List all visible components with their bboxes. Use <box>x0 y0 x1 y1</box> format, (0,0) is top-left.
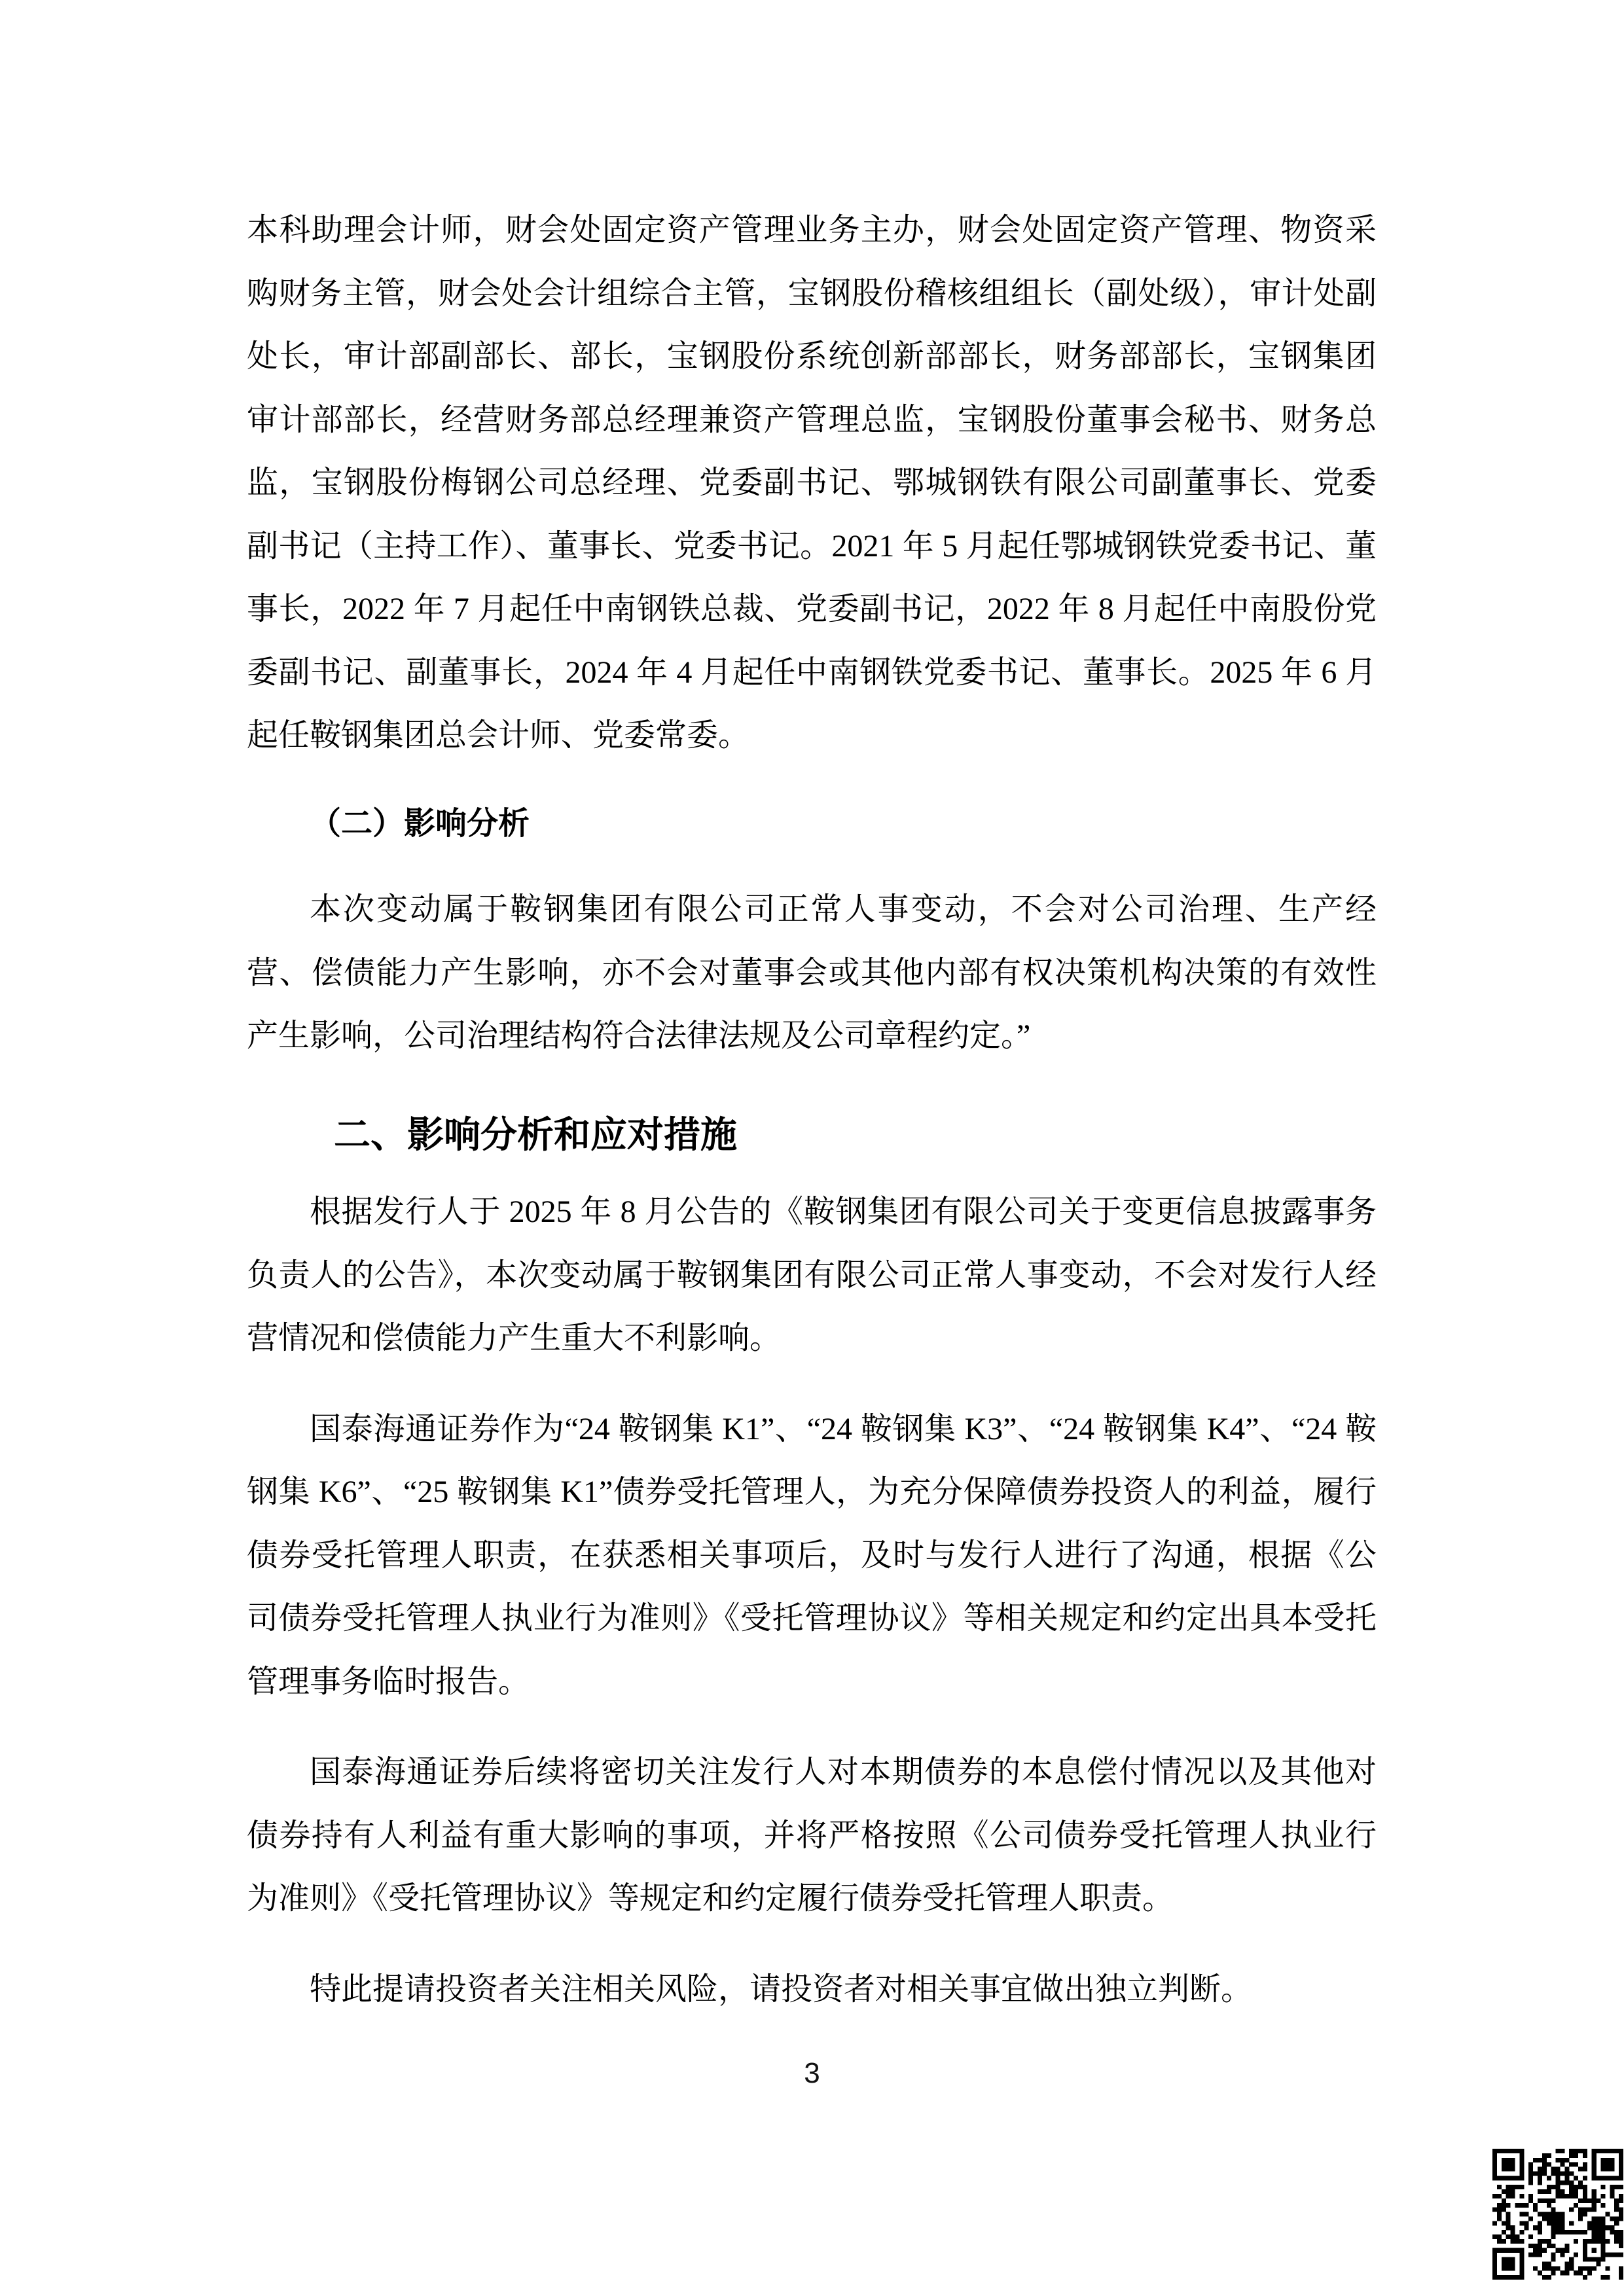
qr-code-image <box>1492 2149 1623 2280</box>
document-page: 本科助理会计师，财会处固定资产管理业务主办，财会处固定资产管理、物资采购财务主管… <box>0 0 1624 2296</box>
paragraph-announcement-basis: 根据发行人于 2025 年 8 月公告的《鞍钢集团有限公司关于变更信息披露事务负… <box>247 1181 1377 1371</box>
paragraph-investor-notice: 特此提请投资者关注相关风险，请投资者对相关事宜做出独立判断。 <box>247 1958 1377 2022</box>
heading-section-two: 二、影响分析和应对措施 <box>247 1103 1377 1167</box>
qr-code <box>1492 2149 1623 2280</box>
paragraph-trustee-duty: 国泰海通证券作为“24 鞍钢集 K1”、“24 鞍钢集 K3”、“24 鞍钢集 … <box>247 1398 1377 1714</box>
paragraph-biography-continuation: 本科助理会计师，财会处固定资产管理业务主办，财会处固定资产管理、物资采购财务主管… <box>247 199 1377 768</box>
heading-impact-analysis-sub: （二）影响分析 <box>247 793 1377 856</box>
page-footer: 3 <box>0 2054 1624 2093</box>
paragraph-impact-analysis: 本次变动属于鞍钢集团有限公司正常人事变动，不会对公司治理、生产经营、偿债能力产生… <box>247 878 1377 1068</box>
page-number: 3 <box>804 2057 820 2089</box>
paragraph-follow-up: 国泰海通证券后续将密切关注发行人对本期债券的本息偿付情况以及其他对债券持有人利益… <box>247 1741 1377 1931</box>
